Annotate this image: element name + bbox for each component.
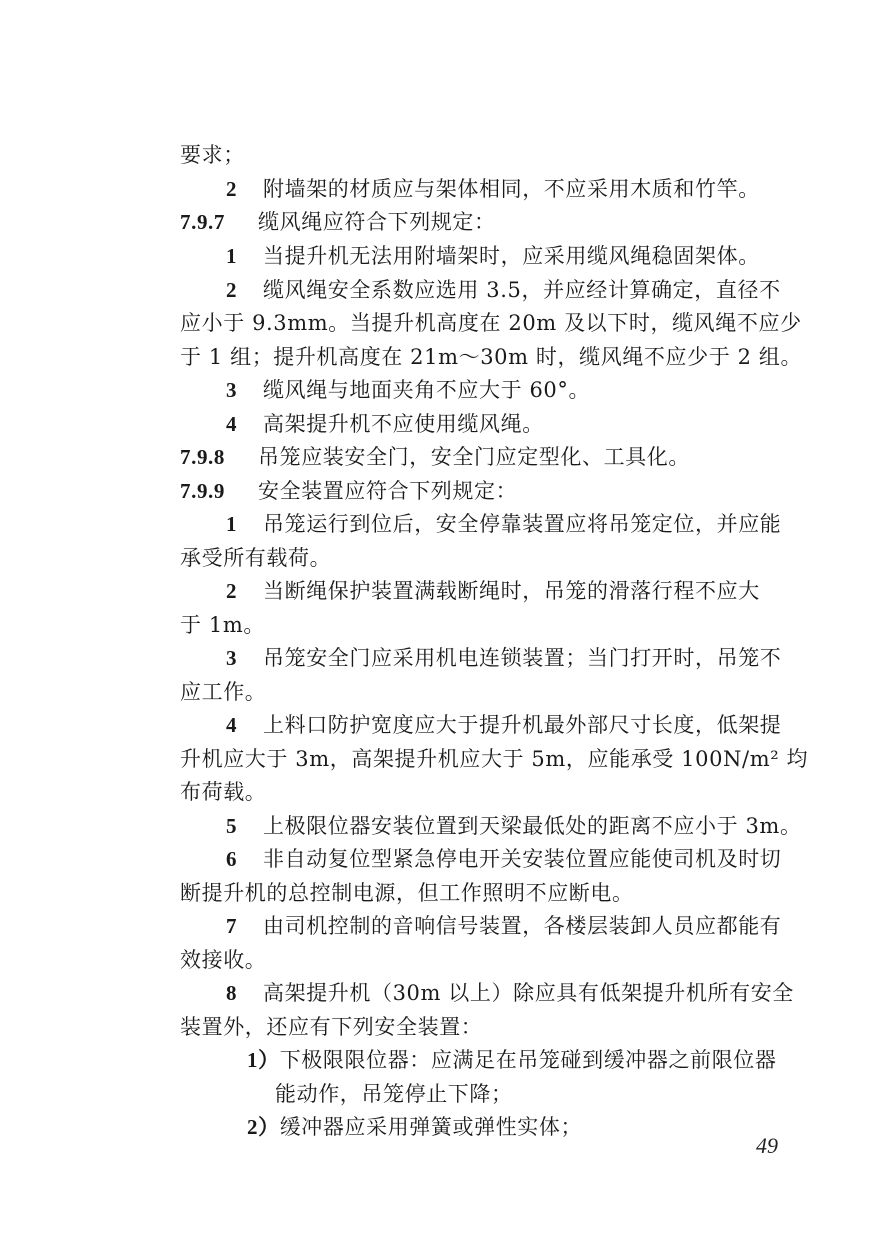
sub-list-item: 1）下极限限位器：应满足在吊笼碰到缓冲器之前限位器 [247, 1043, 867, 1077]
text-line: 应工作。 [180, 675, 800, 709]
item-number: 2 [226, 574, 263, 608]
text-line: 断提升机的总控制电源，但工作照明不应断电。 [180, 876, 800, 910]
section-heading: 7.9.9安全装置应符合下列规定： [180, 474, 800, 508]
list-item: 1当提升机无法用附墙架时，应采用缆风绳稳固架体。 [226, 239, 846, 273]
page-number: 49 [756, 1133, 778, 1159]
item-number: 1 [226, 507, 263, 541]
line-text: 由司机控制的音响信号装置，各楼层装卸人员应都能有 [263, 914, 781, 938]
item-number: 8 [226, 976, 263, 1010]
section-heading: 7.9.8吊笼应装安全门，安全门应定型化、工具化。 [180, 440, 800, 474]
line-text: 非自动复位型紧急停电开关安装位置应能使司机及时切 [263, 847, 781, 871]
line-text: 断提升机的总控制电源，但工作照明不应断电。 [180, 881, 634, 905]
item-number: 2 [226, 273, 263, 307]
line-text: 上料口防护宽度应大于提升机最外部尺寸长度，低架提 [263, 713, 781, 737]
text-line: 升机应大于 3m，高架提升机应大于 5m，应能承受 100N/m² 均 [180, 742, 800, 776]
line-text: 承受所有载荷。 [180, 546, 331, 570]
line-text: 装置外，还应有下列安全装置： [180, 1015, 482, 1039]
sub-item-number: 1） [247, 1048, 280, 1072]
line-text: 应工作。 [180, 680, 266, 704]
line-text: 于 1 组；提升机高度在 21m～30m 时，缆风绳不应少于 2 组。 [180, 345, 802, 369]
line-text: 于 1m。 [180, 613, 265, 637]
item-number: 5 [226, 809, 263, 843]
section-number: 7.9.8 [180, 440, 258, 474]
line-text: 附墙架的材质应与架体相同，不应采用木质和竹竿。 [263, 177, 760, 201]
text-line: 应小于 9.3mm。当提升机高度在 20m 及以下时，缆风绳不应少 [180, 306, 800, 340]
line-text: 要求； [180, 143, 245, 167]
text-line: 装置外，还应有下列安全装置： [180, 1010, 800, 1044]
line-text: 当断绳保护装置满载断绳时，吊笼的滑落行程不应大 [263, 579, 760, 603]
list-item: 4上料口防护宽度应大于提升机最外部尺寸长度，低架提 [226, 708, 846, 742]
line-text: 缆风绳安全系数应选用 3.5，并应经计算确定，直径不 [263, 278, 781, 302]
item-number: 3 [226, 373, 263, 407]
list-item: 3缆风绳与地面夹角不应大于 60°。 [226, 373, 846, 407]
line-text: 缓冲器应采用弹簧或弹性实体； [280, 1115, 582, 1139]
text-line: 承受所有载荷。 [180, 541, 800, 575]
line-text: 高架提升机（30m 以上）除应具有低架提升机所有安全 [263, 981, 794, 1005]
item-number: 6 [226, 842, 263, 876]
text-line: 于 1m。 [180, 608, 800, 642]
list-item: 7由司机控制的音响信号装置，各楼层装卸人员应都能有 [226, 909, 846, 943]
list-item: 2当断绳保护装置满载断绳时，吊笼的滑落行程不应大 [226, 574, 846, 608]
item-number: 2 [226, 172, 263, 206]
line-text: 高架提升机不应使用缆风绳。 [263, 412, 544, 436]
line-text: 当提升机无法用附墙架时，应采用缆风绳稳固架体。 [263, 244, 760, 268]
line-text: 上极限位器安装位置到天梁最低处的距离不应小于 3m。 [263, 814, 802, 838]
line-text: 安全装置应符合下列规定： [258, 479, 517, 503]
line-text: 效接收。 [180, 948, 266, 972]
list-item: 1吊笼运行到位后，安全停靠装置应将吊笼定位，并应能 [226, 507, 846, 541]
line-text: 应小于 9.3mm。当提升机高度在 20m 及以下时，缆风绳不应少 [180, 311, 802, 335]
list-item: 5上极限位器安装位置到天梁最低处的距离不应小于 3m。 [226, 809, 846, 843]
list-item: 8高架提升机（30m 以上）除应具有低架提升机所有安全 [226, 976, 846, 1010]
sub-item-number: 2） [247, 1115, 280, 1139]
list-item: 3吊笼安全门应采用机电连锁装置；当门打开时，吊笼不 [226, 641, 846, 675]
document-page: 要求； 2附墙架的材质应与架体相同，不应采用木质和竹竿。 7.9.7缆风绳应符合… [0, 0, 878, 1241]
line-text: 下极限限位器：应满足在吊笼碰到缓冲器之前限位器 [280, 1048, 777, 1072]
list-item: 2缆风绳安全系数应选用 3.5，并应经计算确定，直径不 [226, 273, 846, 307]
item-number: 1 [226, 239, 263, 273]
line-text: 升机应大于 3m，高架提升机应大于 5m，应能承受 100N/m² 均 [180, 747, 808, 771]
item-number: 3 [226, 641, 263, 675]
list-item: 6非自动复位型紧急停电开关安装位置应能使司机及时切 [226, 842, 846, 876]
text-line: 要求； [180, 138, 800, 172]
text-line: 于 1 组；提升机高度在 21m～30m 时，缆风绳不应少于 2 组。 [180, 340, 800, 374]
list-item: 2附墙架的材质应与架体相同，不应采用木质和竹竿。 [226, 172, 846, 206]
section-number: 7.9.7 [180, 205, 258, 239]
line-text: 缆风绳与地面夹角不应大于 60°。 [263, 378, 590, 402]
line-text: 吊笼运行到位后，安全停靠装置应将吊笼定位，并应能 [263, 512, 781, 536]
section-number: 7.9.9 [180, 474, 258, 508]
item-number: 4 [226, 708, 263, 742]
line-text: 布荷载。 [180, 780, 266, 804]
line-text: 能动作，吊笼停止下降； [275, 1082, 513, 1106]
line-text: 吊笼应装安全门，安全门应定型化、工具化。 [258, 445, 690, 469]
item-number: 7 [226, 909, 263, 943]
text-line: 能动作，吊笼停止下降； [275, 1077, 878, 1111]
line-text: 吊笼安全门应采用机电连锁装置；当门打开时，吊笼不 [263, 646, 781, 670]
line-text: 缆风绳应符合下列规定： [258, 210, 496, 234]
text-line: 布荷载。 [180, 775, 800, 809]
item-number: 4 [226, 407, 263, 441]
list-item: 4高架提升机不应使用缆风绳。 [226, 407, 846, 441]
section-heading: 7.9.7缆风绳应符合下列规定： [180, 205, 800, 239]
text-line: 效接收。 [180, 943, 800, 977]
